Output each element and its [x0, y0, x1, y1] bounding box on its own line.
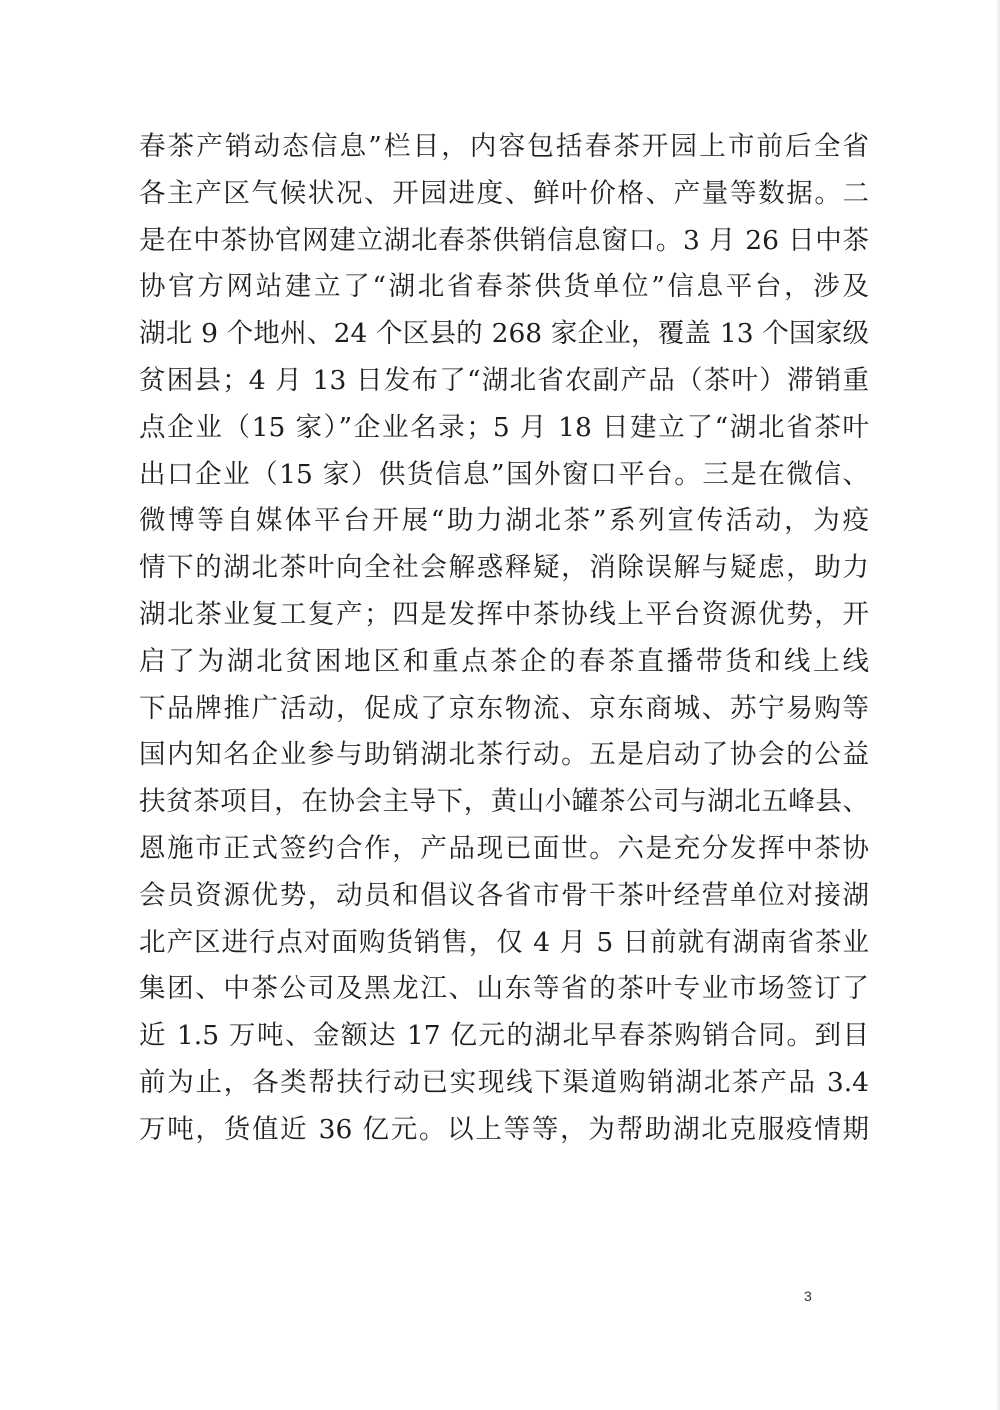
text-line: 下品牌推广活动，促成了京东物流、京东商城、苏宁易购等 — [139, 686, 869, 733]
document-page: 春茶产销动态信息”栏目，内容包括春茶开园上市前后全省 各主产区气候状况、开园进度… — [0, 0, 1000, 1410]
text-line: 微博等自媒体平台开展“助力湖北茶”系列宣传活动，为疫 — [139, 498, 869, 545]
text-line: 各主产区气候状况、开园进度、鲜叶价格、产量等数据。二 — [139, 171, 869, 218]
text-line: 春茶产销动态信息”栏目，内容包括春茶开园上市前后全省 — [139, 124, 869, 171]
text-line: 出口企业（15 家）供货信息”国外窗口平台。三是在微信、 — [139, 452, 869, 499]
text-line: 会员资源优势，动员和倡议各省市骨干茶叶经营单位对接湖 — [139, 873, 869, 920]
text-line: 启了为湖北贫困地区和重点茶企的春茶直播带货和线上线 — [139, 639, 869, 686]
text-line: 情下的湖北茶叶向全社会解惑释疑，消除误解与疑虑，助力 — [139, 545, 869, 592]
scan-edge-shadow — [996, 0, 1000, 1410]
text-line: 贫困县；4 月 13 日发布了“湖北省农副产品（茶叶）滞销重 — [139, 358, 869, 405]
text-line: 扶贫茶项目，在协会主导下，黄山小罐茶公司与湖北五峰县、 — [139, 779, 869, 826]
text-line: 集团、中茶公司及黑龙江、山东等省的茶叶专业市场签订了 — [139, 966, 869, 1013]
text-line: 协官方网站建立了“湖北省春茶供货单位”信息平台，涉及 — [139, 264, 869, 311]
text-line: 点企业（15 家）”企业名录；5 月 18 日建立了“湖北省茶叶 — [139, 405, 869, 452]
text-line: 近 1.5 万吨、金额达 17 亿元的湖北早春茶购销合同。到目 — [139, 1013, 869, 1060]
page-number: 3 — [804, 1288, 812, 1304]
text-line: 北产区进行点对面购货销售，仅 4 月 5 日前就有湖南省茶业 — [139, 920, 869, 967]
text-line: 万吨，货值近 36 亿元。以上等等，为帮助湖北克服疫情期 — [139, 1107, 869, 1154]
text-line: 湖北茶业复工复产；四是发挥中茶协线上平台资源优势，开 — [139, 592, 869, 639]
text-line: 国内知名企业参与助销湖北茶行动。五是启动了协会的公益 — [139, 732, 869, 779]
text-line: 湖北 9 个地州、24 个区县的 268 家企业，覆盖 13 个国家级 — [139, 311, 869, 358]
text-line: 前为止，各类帮扶行动已实现线下渠道购销湖北茶产品 3.4 — [139, 1060, 869, 1107]
body-paragraph: 春茶产销动态信息”栏目，内容包括春茶开园上市前后全省 各主产区气候状况、开园进度… — [139, 124, 869, 1154]
text-line: 恩施市正式签约合作，产品现已面世。六是充分发挥中茶协 — [139, 826, 869, 873]
text-line: 是在中茶协官网建立湖北春茶供销信息窗口。3 月 26 日中茶 — [139, 218, 869, 265]
